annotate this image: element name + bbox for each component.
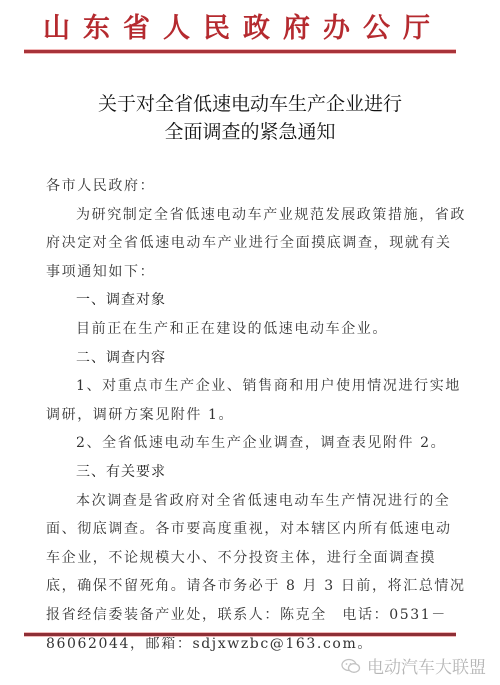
salutation: 各市人民政府： <box>46 172 466 201</box>
section-1-paragraph-1: 目前正在生产和正在建设的低速电动车企业。 <box>46 315 466 344</box>
document-body: 各市人民政府： 为研究制定全省低速电动车产业规范发展政策措施，省政府决定对全省低… <box>46 172 466 658</box>
masthead-red-rule <box>24 50 456 53</box>
section-heading-1: 一、调查对象 <box>46 286 466 315</box>
section-2-paragraph-2: 2、全省低速电动车生产企业调查，调查表见附件 2。 <box>46 429 466 458</box>
watermark: 电动汽车大联盟 <box>341 653 486 678</box>
title-line-2: 全面调查的紧急通知 <box>0 118 500 146</box>
title-line-1: 关于对全省低速电动车生产企业进行 <box>0 90 500 118</box>
watermark-text: 电动汽车大联盟 <box>367 653 486 678</box>
masthead-issuer: 山东省人民政府办公厅 <box>0 12 488 46</box>
document-title: 关于对全省低速电动车生产企业进行 全面调查的紧急通知 <box>0 90 500 146</box>
section-heading-3: 三、有关要求 <box>46 458 466 487</box>
section-2-paragraph-1: 1、对重点市生产企业、销售商和用户使用情况进行实地调研，调研方案见附件 1。 <box>46 372 466 429</box>
intro-paragraph: 为研究制定全省低速电动车产业规范发展政策措施，省政府决定对全省低速电动车产业进行… <box>46 201 466 287</box>
footer-red-rule <box>24 633 456 636</box>
wechat-icon <box>341 658 361 674</box>
section-heading-2: 二、调查内容 <box>46 344 466 373</box>
